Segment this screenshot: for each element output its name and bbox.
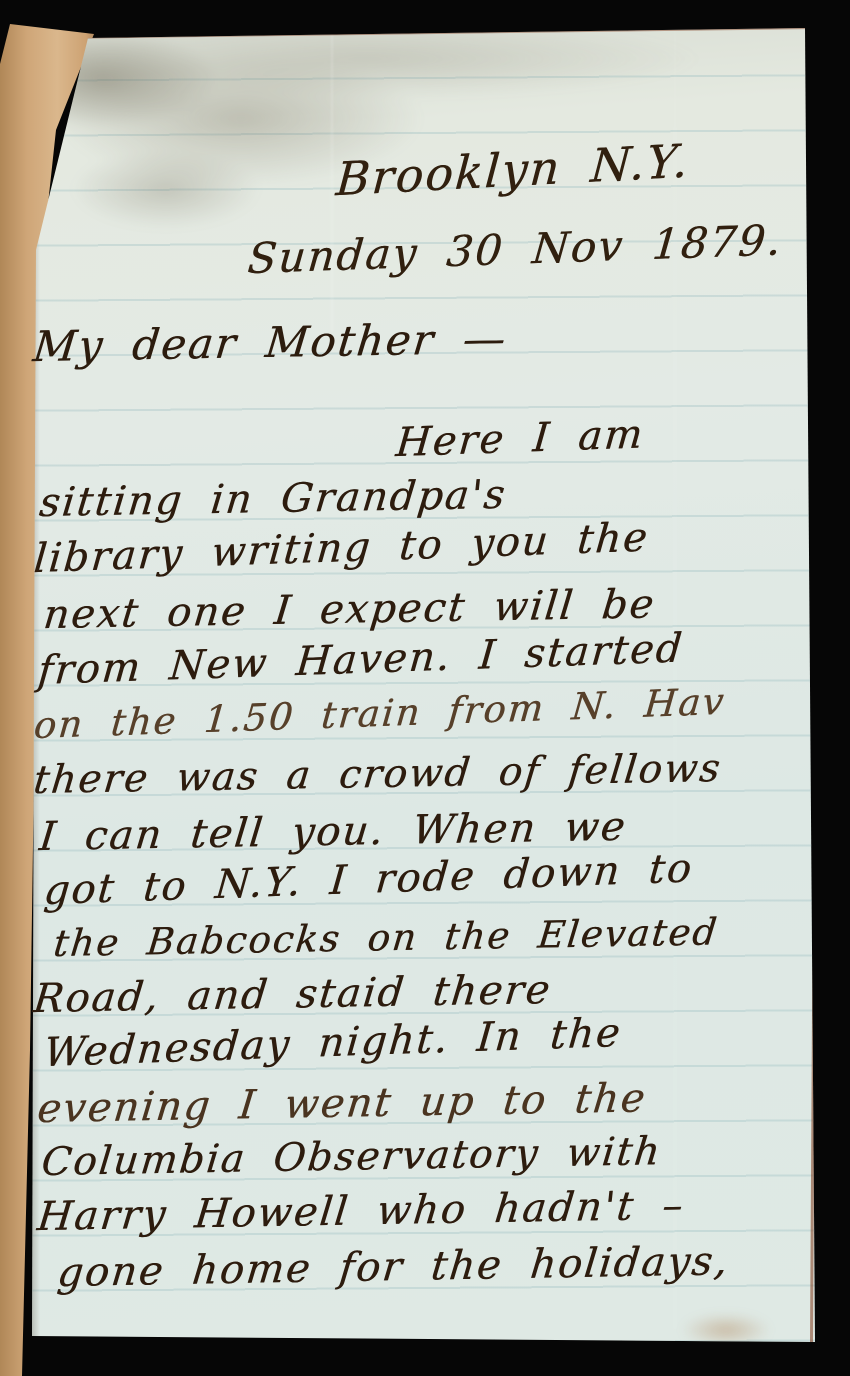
paper-crease <box>331 32 333 332</box>
letter-line-body: Here I am <box>394 411 646 466</box>
letter-line-body: sitting in Grandpa's <box>37 472 509 526</box>
paper-edge-line <box>810 24 821 1348</box>
letter-line-salutation: My dear Mother — <box>31 314 510 371</box>
letter-photograph: Brooklyn N.Y.Sunday 30 Nov 1879.My dear … <box>0 0 850 1376</box>
letter-line-body: Road, and staid there <box>31 967 554 1022</box>
